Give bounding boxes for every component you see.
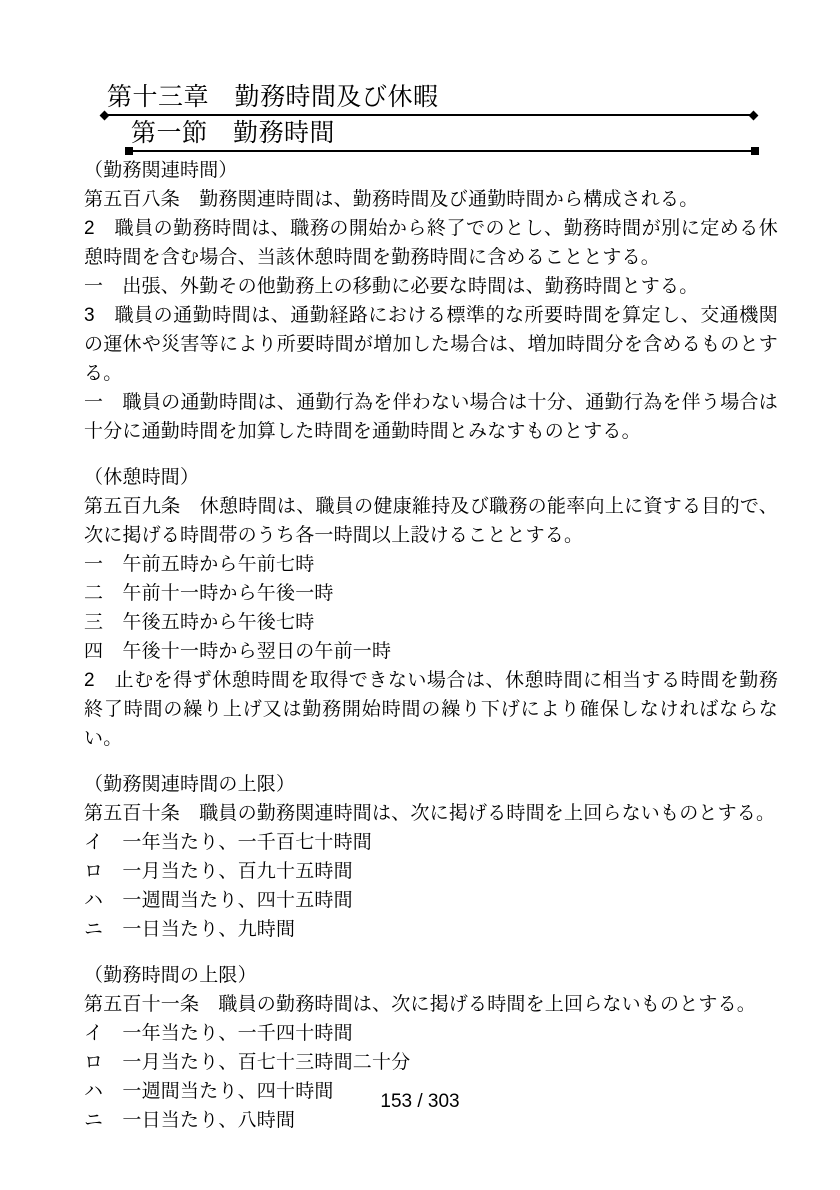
document-page: 第十三章 勤務時間及び休暇 第一節 勤務時間 （勤務関連時間） 第五百八条 勤務… bbox=[0, 0, 840, 1190]
article-paragraph: 一 出張、外勤その他勤務上の移動に必要な時間は、勤務時間とする。 bbox=[84, 272, 778, 301]
article-paragraph: 第五百十一条 職員の勤務時間は、次に掲げる時間を上回らないものとする。 bbox=[84, 990, 778, 1019]
article-paragraph: イ 一年当たり、一千四十時間 bbox=[84, 1019, 778, 1048]
chapter-heading: 第十三章 勤務時間及び休暇 bbox=[104, 83, 753, 116]
article-paragraph: 第五百九条 休憩時間は、職員の健康維持及び職務の能率向上に資する目的で、次に掲げ… bbox=[84, 492, 778, 550]
rule-diamond-marker-left bbox=[100, 111, 110, 121]
article-section-509: （休憩時間） 第五百九条 休憩時間は、職員の健康維持及び職務の能率向上に資する目… bbox=[84, 463, 778, 753]
article-paragraph: ロ 一月当たり、百九十五時間 bbox=[84, 857, 778, 886]
article-section-510: （勤務関連時間の上限） 第五百十条 職員の勤務関連時間は、次に掲げる時間を上回ら… bbox=[84, 770, 778, 944]
article-paragraph: 三 午後五時から午後七時 bbox=[84, 608, 778, 637]
article-paragraph: 四 午後十一時から翌日の午前一時 bbox=[84, 637, 778, 666]
article-paragraph: 第五百八条 勤務関連時間は、勤務時間及び通勤時間から構成される。 bbox=[84, 185, 778, 214]
section-heading: 第一節 勤務時間 bbox=[128, 119, 755, 152]
article-paragraph: ロ 一月当たり、百七十三時間二十分 bbox=[84, 1048, 778, 1077]
article-paragraph: 3 職員の通勤時間は、通勤経路における標準的な所要時間を算定し、交通機関の運休や… bbox=[84, 301, 778, 388]
section-label: （勤務時間の上限） bbox=[84, 961, 778, 990]
article-paragraph: ハ 一週間当たり、四十五時間 bbox=[84, 886, 778, 915]
section-title: 第一節 勤務時間 bbox=[128, 119, 335, 147]
article-section-508: （勤務関連時間） 第五百八条 勤務関連時間は、勤務時間及び通勤時間から構成される… bbox=[84, 156, 778, 446]
chapter-title: 第十三章 勤務時間及び休暇 bbox=[104, 83, 439, 111]
article-paragraph: 一 職員の通勤時間は、通勤行為を伴わない場合は十分、通勤行為を伴う場合は十分に通… bbox=[84, 388, 778, 446]
document-body: （勤務関連時間） 第五百八条 勤務関連時間は、勤務時間及び通勤時間から構成される… bbox=[84, 156, 778, 1135]
section-label: （勤務関連時間） bbox=[84, 156, 778, 185]
article-paragraph: ニ 一日当たり、九時間 bbox=[84, 915, 778, 944]
page-number: 153 / 303 bbox=[0, 1090, 840, 1114]
rule-square-marker-left bbox=[125, 147, 133, 155]
article-paragraph: 2 職員の勤務時間は、職務の開始から終了でのとし、勤務時間が別に定める休憩時間を… bbox=[84, 214, 778, 272]
article-paragraph: 一 午前五時から午前七時 bbox=[84, 550, 778, 579]
article-paragraph: 第五百十条 職員の勤務関連時間は、次に掲げる時間を上回らないものとする。 bbox=[84, 799, 778, 828]
section-label: （休憩時間） bbox=[84, 463, 778, 492]
article-paragraph: 二 午前十一時から午後一時 bbox=[84, 579, 778, 608]
article-paragraph: 2 止むを得ず休憩時間を取得できない場合は、休憩時間に相当する時間を勤務終了時間… bbox=[84, 666, 778, 753]
section-label: （勤務関連時間の上限） bbox=[84, 770, 778, 799]
article-paragraph: イ 一年当たり、一千百七十時間 bbox=[84, 828, 778, 857]
rule-square-marker-right bbox=[751, 147, 759, 155]
